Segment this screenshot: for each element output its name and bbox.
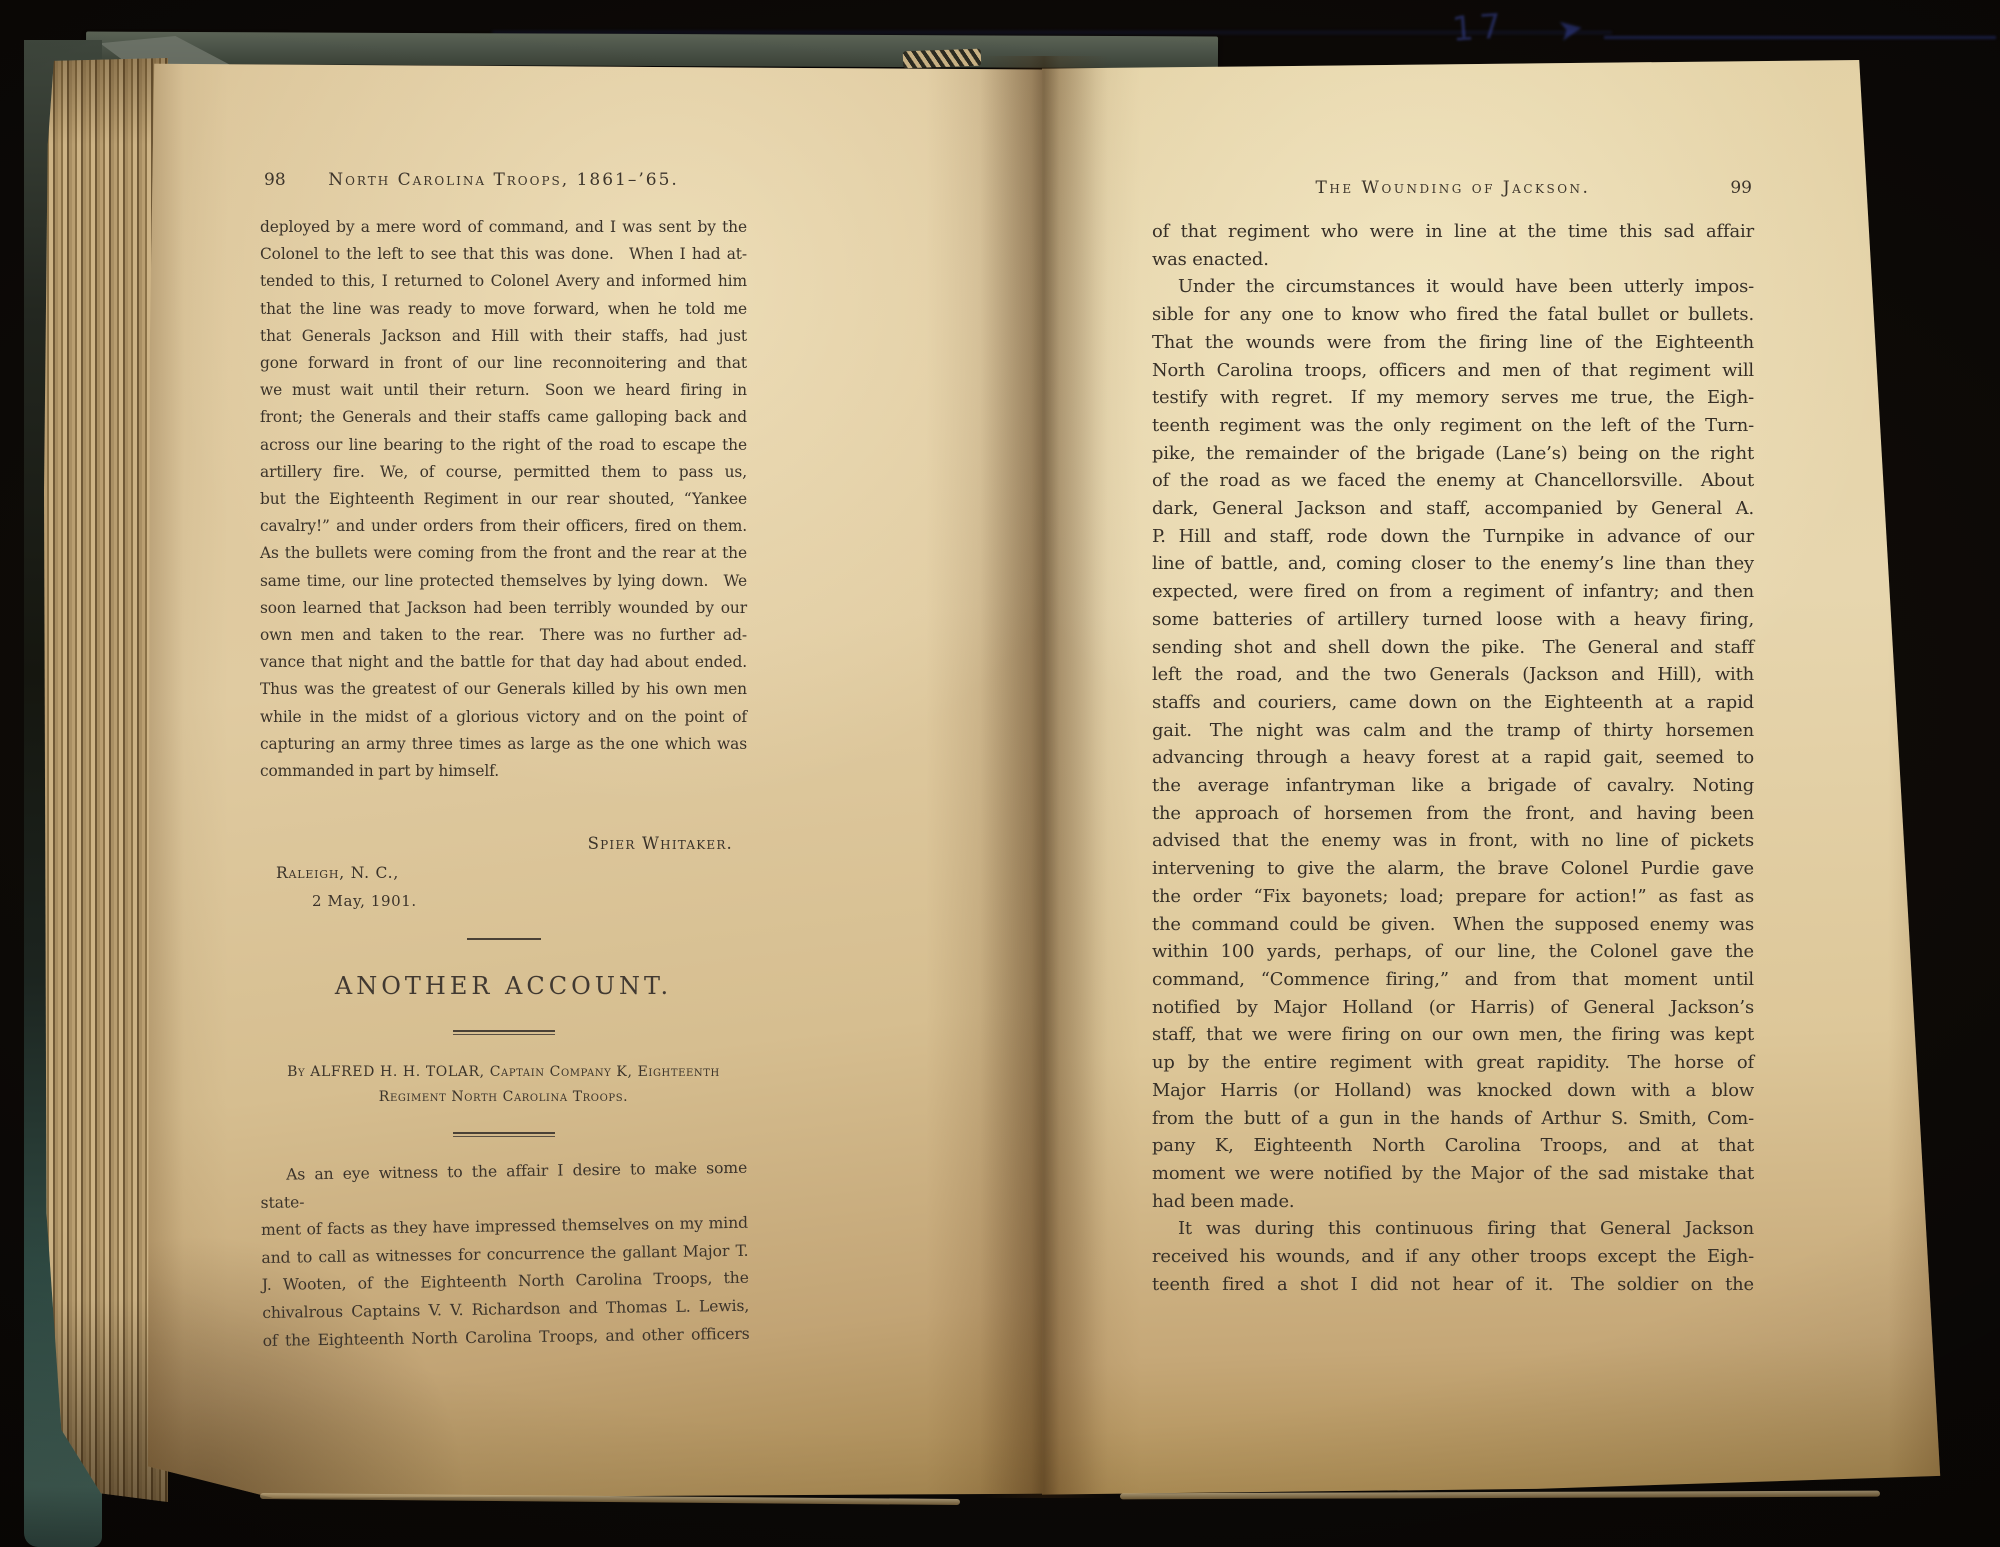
book-photo-scene: 17 ➤ 98 North Carolina Troops, 1861–’65.… [0,0,2000,1547]
text-line: of that regiment who were in line at the… [1152,218,1754,246]
right-page-number: 99 [1730,178,1752,198]
left-running-head-text: North Carolina Troops, 1861–’65. [260,170,747,190]
text-line: front; the Generals and their staffs cam… [260,404,747,431]
right-page: The Wounding of Jackson. 99 of that regi… [1042,60,1942,1496]
text-line: own men and taken to the rear. There was… [260,622,747,649]
tolar-account-opening-paragraph: As an eye witness to the affair I desire… [260,1155,750,1355]
faint-blue-line-short [1604,36,1996,39]
text-line: testify with regret. If my memory serves… [1152,384,1754,412]
dateline-place: Raleigh, N. C., [276,864,399,882]
text-line: intervening to give the alarm, the brave… [1152,855,1754,883]
text-line: Major Harris (or Holland) was knocked do… [1152,1077,1754,1105]
text-line: but the Eighteenth Regiment in our rear … [260,486,747,513]
text-line: Thus was the greatest of our Generals ki… [260,676,747,703]
text-line: left the road, and the two Generals (Jac… [1152,661,1754,689]
blue-arrow-mark: ➤ [1555,10,1586,49]
signature-spier-whitaker: Spier Whitaker. [588,834,733,853]
text-line: By ALFRED H. H. TOLAR, Captain Company K… [260,1060,747,1085]
spine-headband [903,49,982,69]
right-running-head-text: The Wounding of Jackson. [1152,178,1754,198]
text-line: advancing through a heavy forest at a ra… [1152,744,1754,772]
blue-inscription: 17 [1451,6,1509,50]
right-running-head: The Wounding of Jackson. 99 [1152,178,1754,208]
text-line: up by the entire regiment with great rap… [1152,1049,1754,1077]
text-line: expected, were fired on from a regiment … [1152,578,1754,606]
left-running-head: 98 North Carolina Troops, 1861–’65. [260,170,747,200]
text-line: pany K, Eighteenth North Carolina Troops… [1152,1132,1754,1160]
text-line: sible for any one to know who fired the … [1152,301,1754,329]
text-line: same time, our line protected themselves… [260,568,747,595]
text-line: command, “Commence firing,” and from tha… [1152,966,1754,994]
text-line: tended to this, I returned to Colonel Av… [260,268,747,295]
text-line: was enacted. [1152,246,1754,274]
text-line: artillery fire. We, of course, permitted… [260,459,747,486]
text-line: received his wounds, and if any other tr… [1152,1243,1754,1271]
text-line: sending shot and shell down the pike. Th… [1152,634,1754,662]
section-heading: ANOTHER ACCOUNT. [260,972,747,1000]
text-line: that Generals Jackson and Hill with thei… [260,323,747,350]
text-line: advised that the enemy was in front, wit… [1152,827,1754,855]
text-line: vance that night and the battle for that… [260,649,747,676]
text-line: P. Hill and staff, rode down the Turnpik… [1152,523,1754,551]
book-cover-top-edge [86,32,1218,69]
left-page-number: 98 [264,170,286,190]
text-line: while in the midst of a glorious victory… [260,704,747,731]
text-line: within 100 yards, perhaps, of our line, … [1152,938,1754,966]
text-line: staffs and couriers, came down on the Ei… [1152,689,1754,717]
text-line: we must wait until their return. Soon we… [260,377,747,404]
text-line: gone forward in front of our line reconn… [260,350,747,377]
text-line: Under the circumstances it would have be… [1152,273,1754,301]
right-page-content: The Wounding of Jackson. 99 of that regi… [1152,178,1754,208]
text-line: North Carolina troops, officers and men … [1152,357,1754,385]
text-line: teenth fired a shot I did not hear of it… [1152,1271,1754,1299]
right-page-bottom-edge [1120,1491,1880,1500]
text-line: the command could be given. When the sup… [1152,911,1754,939]
text-line: the average infantryman like a brigade o… [1152,772,1754,800]
text-line: deployed by a mere word of command, and … [260,214,747,241]
text-line: pike, the remainder of the brigade (Lane… [1152,440,1754,468]
text-line: from the butt of a gun in the hands of A… [1152,1105,1754,1133]
text-line: of the road as we faced the enemy at Cha… [1152,467,1754,495]
text-line: the order “Fix bayonets; load; prepare f… [1152,883,1754,911]
text-line: As the bullets were coming from the fron… [260,540,747,567]
left-page: 98 North Carolina Troops, 1861–’65. depl… [148,58,1042,1498]
text-line: notified by Major Holland (or Harris) of… [1152,994,1754,1022]
text-line: staff, that we were firing on our own me… [1152,1021,1754,1049]
text-line: soon learned that Jackson had been terri… [260,595,747,622]
text-line: teenth regiment was the only regiment on… [1152,412,1754,440]
whitaker-account-paragraph: deployed by a mere word of command, and … [260,214,747,785]
text-line: cavalry!” and under orders from their of… [260,513,747,540]
text-line: dark, General Jackson and staff, accompa… [1152,495,1754,523]
text-line: moment we were notified by the Major of … [1152,1160,1754,1188]
section-divider-rule [467,938,541,940]
heading-rule [453,1030,555,1035]
text-line: had been made. [1152,1188,1754,1216]
text-line: capturing an army three times as large a… [260,731,747,758]
tolar-account-body: of that regiment who were in line at the… [1152,218,1754,1298]
text-line: across our line bearing to the right of … [260,432,747,459]
byline-rule [453,1132,555,1137]
text-line: Colonel to the left to see that this was… [260,241,747,268]
text-line: That the wounds were from the firing lin… [1152,329,1754,357]
text-line: Regiment North Carolina Troops. [260,1085,747,1110]
text-line: It was during this continuous firing tha… [1152,1215,1754,1243]
byline: By ALFRED H. H. TOLAR, Captain Company K… [260,1060,747,1110]
text-line: that the line was ready to move forward,… [260,296,747,323]
text-line: commanded in part by himself. [260,758,747,785]
text-line: the approach of horsemen from the front,… [1152,800,1754,828]
text-line: line of battle, and, coming closer to th… [1152,550,1754,578]
text-line: gait. The night was calm and the tramp o… [1152,717,1754,745]
left-page-content: 98 North Carolina Troops, 1861–’65. depl… [260,170,747,200]
dateline-date: 2 May, 1901. [312,892,417,910]
text-line: some batteries of artillery turned loose… [1152,606,1754,634]
text-line: As an eye witness to the affair I desire… [260,1155,748,1217]
